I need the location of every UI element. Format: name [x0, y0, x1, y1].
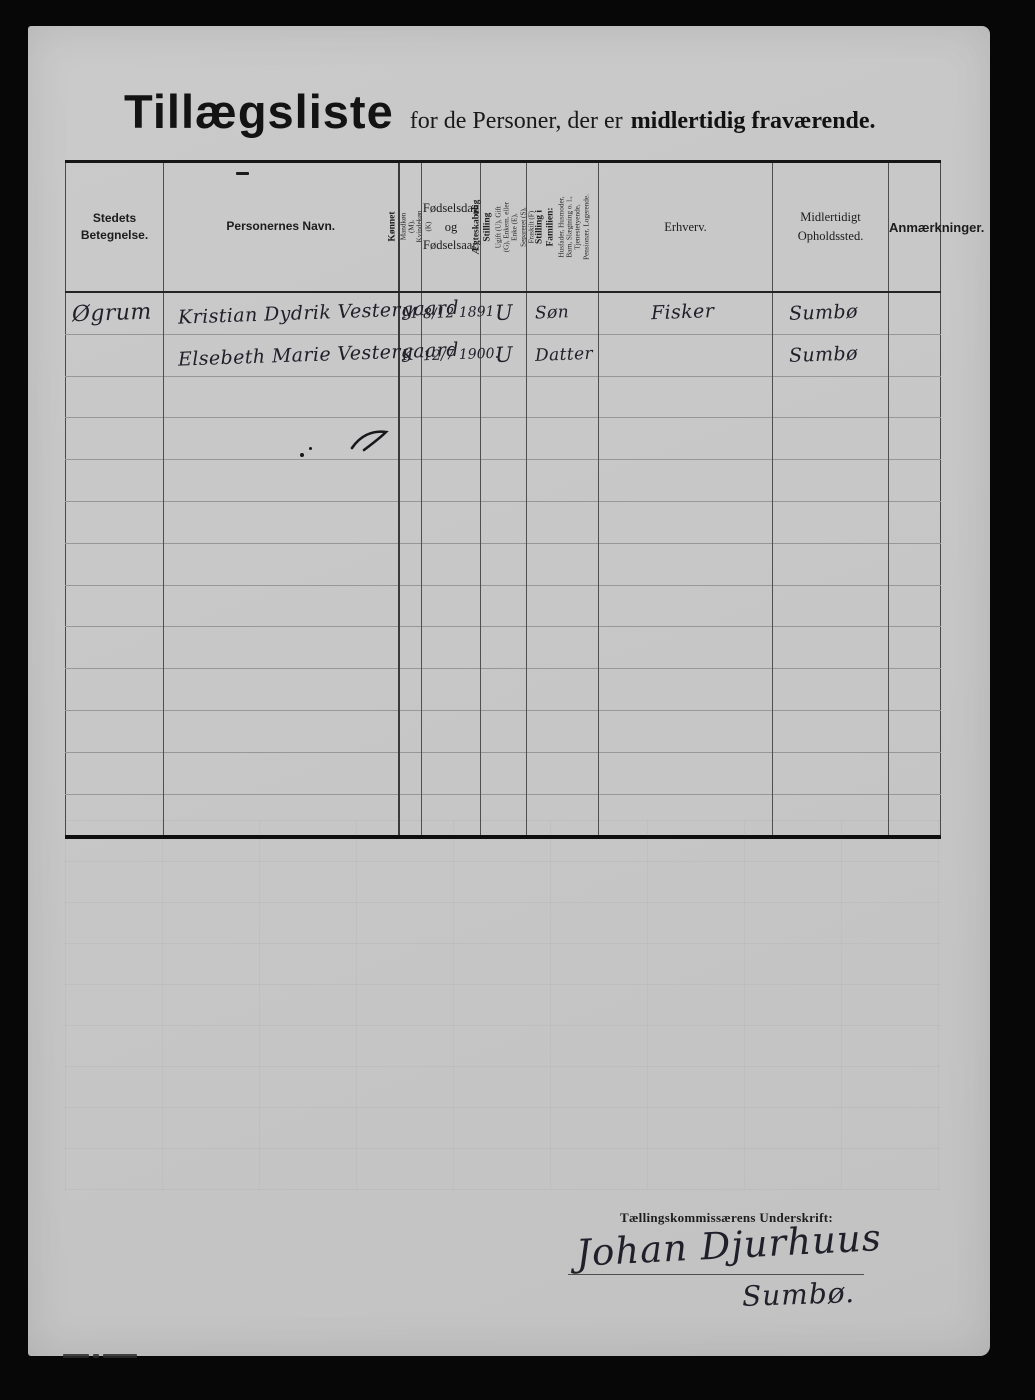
table-row: Øgrum Kristian Dydrik Vestergaard M 8/12… [66, 292, 941, 334]
census-table: Stedets Betegnelse. Personernes Navn. Kø… [65, 160, 941, 839]
page-title: Tillægsliste for de Personer, der er mid… [124, 84, 876, 139]
empty-table-row [66, 794, 941, 837]
header-anmaerkninger: Anmærkninger. [889, 162, 941, 293]
empty-table-row [66, 376, 941, 418]
cell-anm [889, 292, 941, 334]
cell-anm [889, 334, 941, 376]
header-stilling-i-familien: Stilling i Familien: Husfader, Husmoder,… [527, 162, 599, 293]
cell-sted [66, 334, 164, 376]
printer-imprint [63, 1354, 137, 1358]
cell-erhverv [599, 334, 773, 376]
title-main: Tillægsliste [124, 84, 394, 139]
empty-table-row [66, 418, 941, 460]
bleed-through-ghost-lines [65, 820, 940, 1190]
cell-aegteskab: U [481, 334, 527, 376]
header-konnet: Kønnet Mandkøn (M), Kvindekøn (K) [399, 162, 422, 293]
signature-underline [568, 1274, 864, 1275]
empty-table-row [66, 669, 941, 711]
cell-sted: Øgrum [66, 292, 164, 334]
signature-place: Sumbø. [741, 1276, 855, 1313]
header-stedets-betegnelse: Stedets Betegnelse. [66, 162, 164, 293]
ink-dots-mark [300, 447, 314, 457]
table-header-row: Stedets Betegnelse. Personernes Navn. Kø… [66, 162, 941, 293]
cell-navn: Kristian Dydrik Vestergaard [164, 292, 399, 334]
header-midlertidigt-opholdssted: Midlertidigt Opholdssted. [773, 162, 889, 293]
cell-ophold: Sumbø [773, 292, 889, 334]
cell-familie: Søn [527, 292, 599, 334]
empty-table-row [66, 543, 941, 585]
ink-flourish-mark [346, 426, 406, 456]
header-erhverv: Erhverv. [599, 162, 773, 293]
empty-table-row [66, 460, 941, 502]
cell-familie: Datter [527, 334, 599, 376]
scanned-census-page: Tillægsliste for de Personer, der er mid… [28, 26, 990, 1356]
cell-navn: Elsebeth Marie Vestergaard [164, 334, 399, 376]
empty-table-row [66, 710, 941, 752]
header-aegteskabelig-stilling: Ægteskabelig Stilling Ugift (U), Gift (G… [481, 162, 527, 293]
title-subtitle-bold: midlertidig fraværende. [631, 108, 876, 135]
cell-erhverv: Fisker [599, 292, 773, 334]
header-personernes-navn: Personernes Navn. [164, 162, 399, 293]
empty-table-row [66, 501, 941, 543]
cell-aegteskab: U [481, 292, 527, 334]
empty-table-row [66, 585, 941, 627]
table-row: Elsebeth Marie Vestergaard K 12/7 1900. … [66, 334, 941, 376]
empty-table-row [66, 627, 941, 669]
title-subtitle: for de Personer, der er [410, 108, 623, 135]
cell-ophold: Sumbø [773, 334, 889, 376]
empty-table-row [66, 752, 941, 794]
